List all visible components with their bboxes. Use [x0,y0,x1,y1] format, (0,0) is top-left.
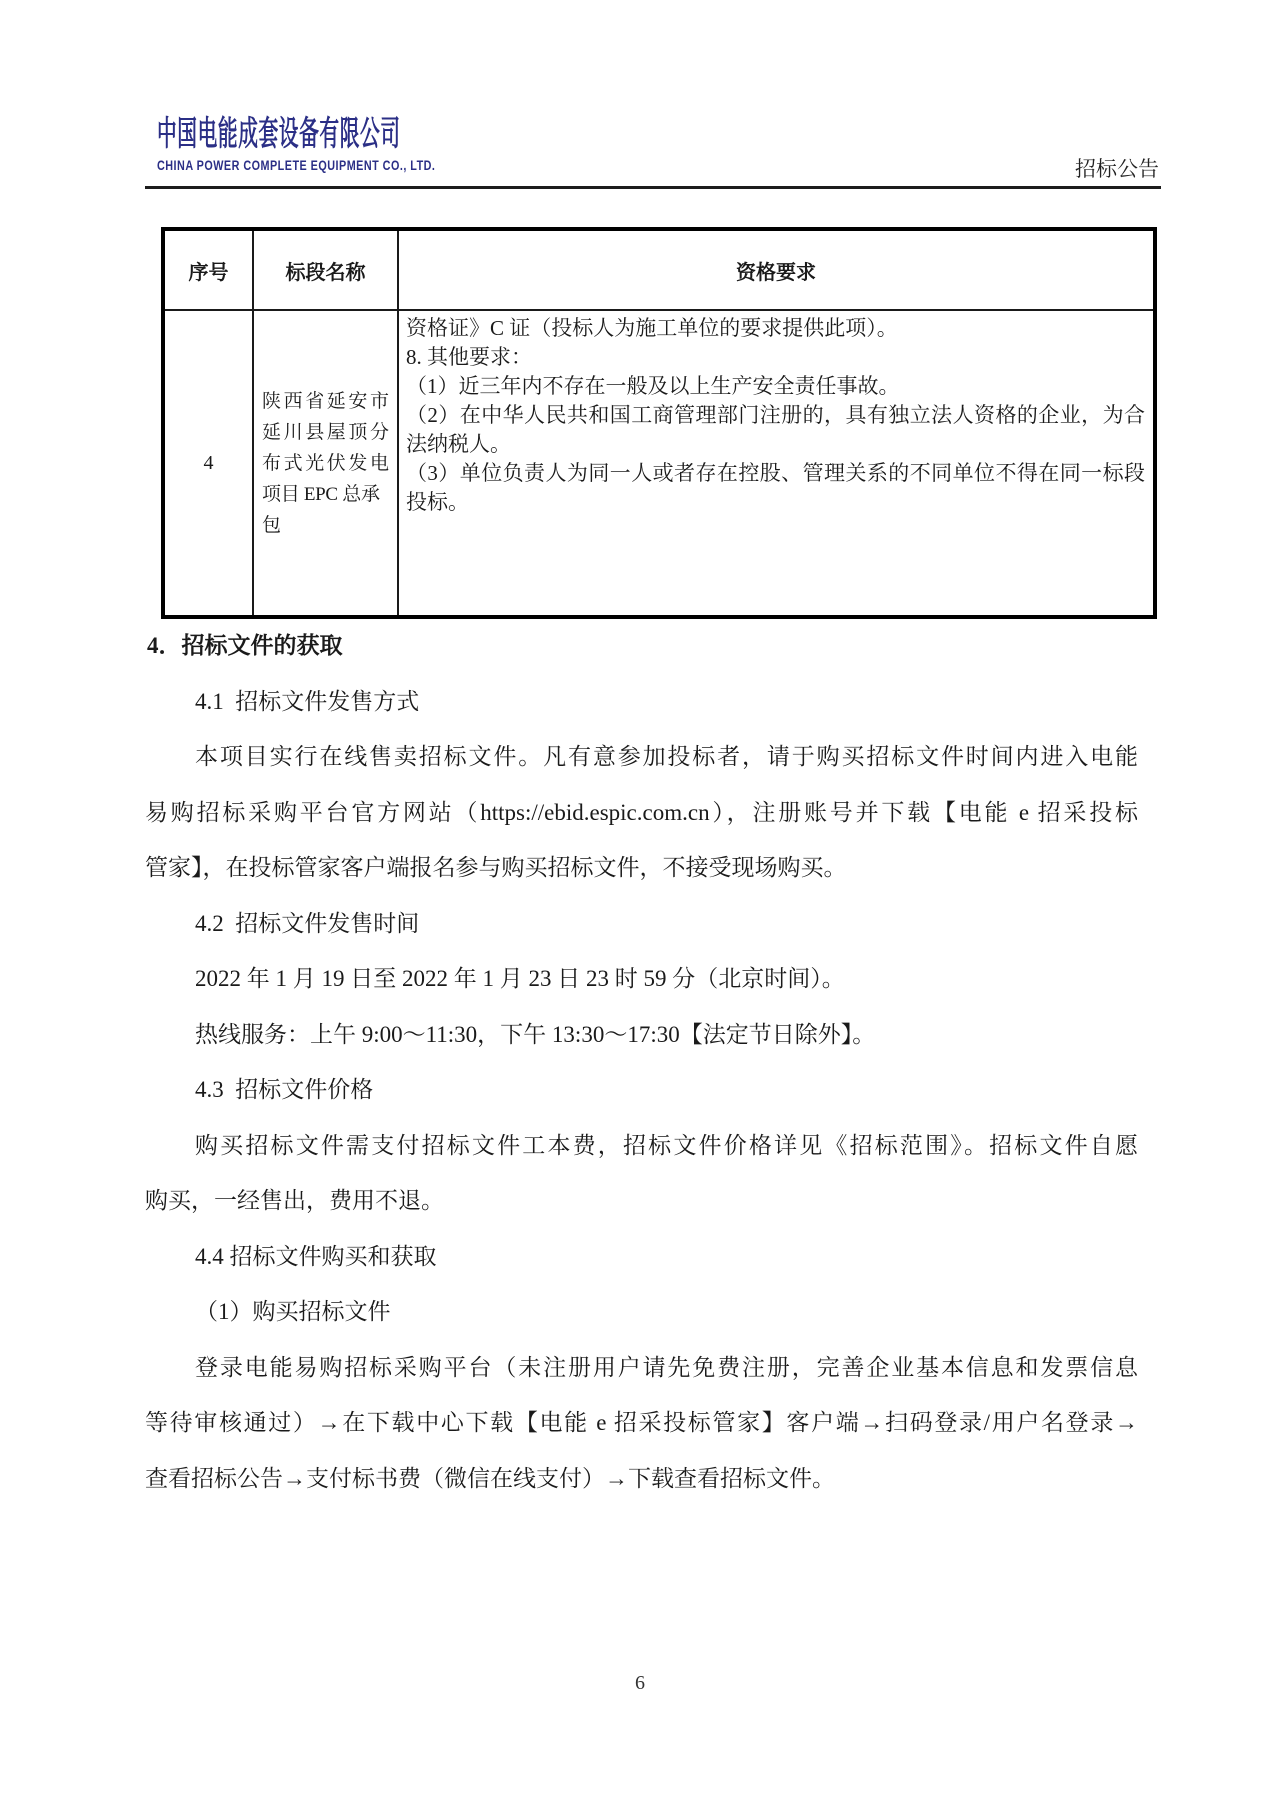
body-line: 购买，一经售出，费用不退。 [145,1173,1138,1229]
page-number: 6 [0,1672,1280,1695]
requirement-line: （3）单位负责人为同一人或者存在控股、管理关系的不同单位不得在同一标段投标。 [406,459,1145,517]
body-line: 本项目实行在线售卖招标文件。凡有意参加投标者，请于购买招标文件时间内进入电能 [145,729,1138,785]
section-name-line: 陕西省延安市 [262,386,389,417]
body-line: （1）购买招标文件 [145,1284,1138,1340]
cell-qualification-requirements: 资格证》C 证（投标人为施工单位的要求提供此项）。8. 其他要求：（1）近三年内… [398,310,1155,617]
col-header-serial: 序号 [163,229,253,310]
body-line: 查看招标公告→支付标书费（微信在线支付）→下载查看招标文件。 [145,1451,1138,1507]
cell-serial-number: 4 [163,310,253,617]
requirement-line: （1）近三年内不存在一般及以上生产安全责任事故。 [406,372,1145,401]
body-line: 登录电能易购招标采购平台（未注册用户请先免费注册，完善企业基本信息和发票信息 [145,1340,1138,1396]
body-line: 4.3 招标文件价格 [145,1062,1138,1118]
body-line: 管家】，在投标管家客户端报名参与购买招标文件，不接受现场购买。 [145,840,1138,896]
body-line: 4.4 招标文件购买和获取 [145,1229,1138,1285]
body-text: 4．招标文件的获取4.1 招标文件发售方式本项目实行在线售卖招标文件。凡有意参加… [145,618,1138,1506]
section-name-line: 布式光伏发电 [262,448,389,479]
body-line: 易购招标采购平台官方网站（https://ebid.espic.com.cn），… [145,785,1138,841]
header-rule [145,186,1161,189]
table-row: 4 陕西省延安市延川县屋顶分布式光伏发电项目 EPC 总承包 资格证》C 证（投… [163,310,1155,617]
requirement-line: （2）在中华人民共和国工商管理部门注册的，具有独立法人资格的企业，为合法纳税人。 [406,401,1145,459]
company-logo-english: CHINA POWER COMPLETE EQUIPMENT CO., LTD. [157,158,435,173]
col-header-section-name: 标段名称 [253,229,398,310]
bid-sections-table: 序号 标段名称 资格要求 4 陕西省延安市延川县屋顶分布式光伏发电项目 EPC … [161,227,1157,619]
body-line: 4.1 招标文件发售方式 [145,674,1138,730]
body-line: 4.2 招标文件发售时间 [145,896,1138,952]
document-page: 中国电能成套设备有限公司 CHINA POWER COMPLETE EQUIPM… [0,0,1280,1809]
body-line: 4．招标文件的获取 [145,618,1138,674]
section-name-line: 延川县屋顶分 [262,417,389,448]
col-header-qualification: 资格要求 [398,229,1155,310]
body-line: 热线服务：上午 9:00～11:30，下午 13:30～17:30【法定节日除外… [145,1007,1138,1063]
body-line: 等待审核通过）→在下载中心下载【电能 e 招采投标管家】客户端→扫码登录/用户名… [145,1395,1138,1451]
cell-section-name: 陕西省延安市延川县屋顶分布式光伏发电项目 EPC 总承包 [253,310,398,617]
requirement-line: 8. 其他要求： [406,343,1145,372]
requirement-line: 资格证》C 证（投标人为施工单位的要求提供此项）。 [406,314,1145,343]
section-name-line: 项目 EPC 总承包 [262,479,389,541]
doc-type-label: 招标公告 [1075,153,1159,183]
body-line: 2022 年 1 月 19 日至 2022 年 1 月 23 日 23 时 59… [145,951,1138,1007]
table-header-row: 序号 标段名称 资格要求 [163,229,1155,310]
company-logo-chinese: 中国电能成套设备有限公司 [157,106,401,155]
body-line: 购买招标文件需支付招标文件工本费，招标文件价格详见《招标范围》。招标文件自愿 [145,1118,1138,1174]
